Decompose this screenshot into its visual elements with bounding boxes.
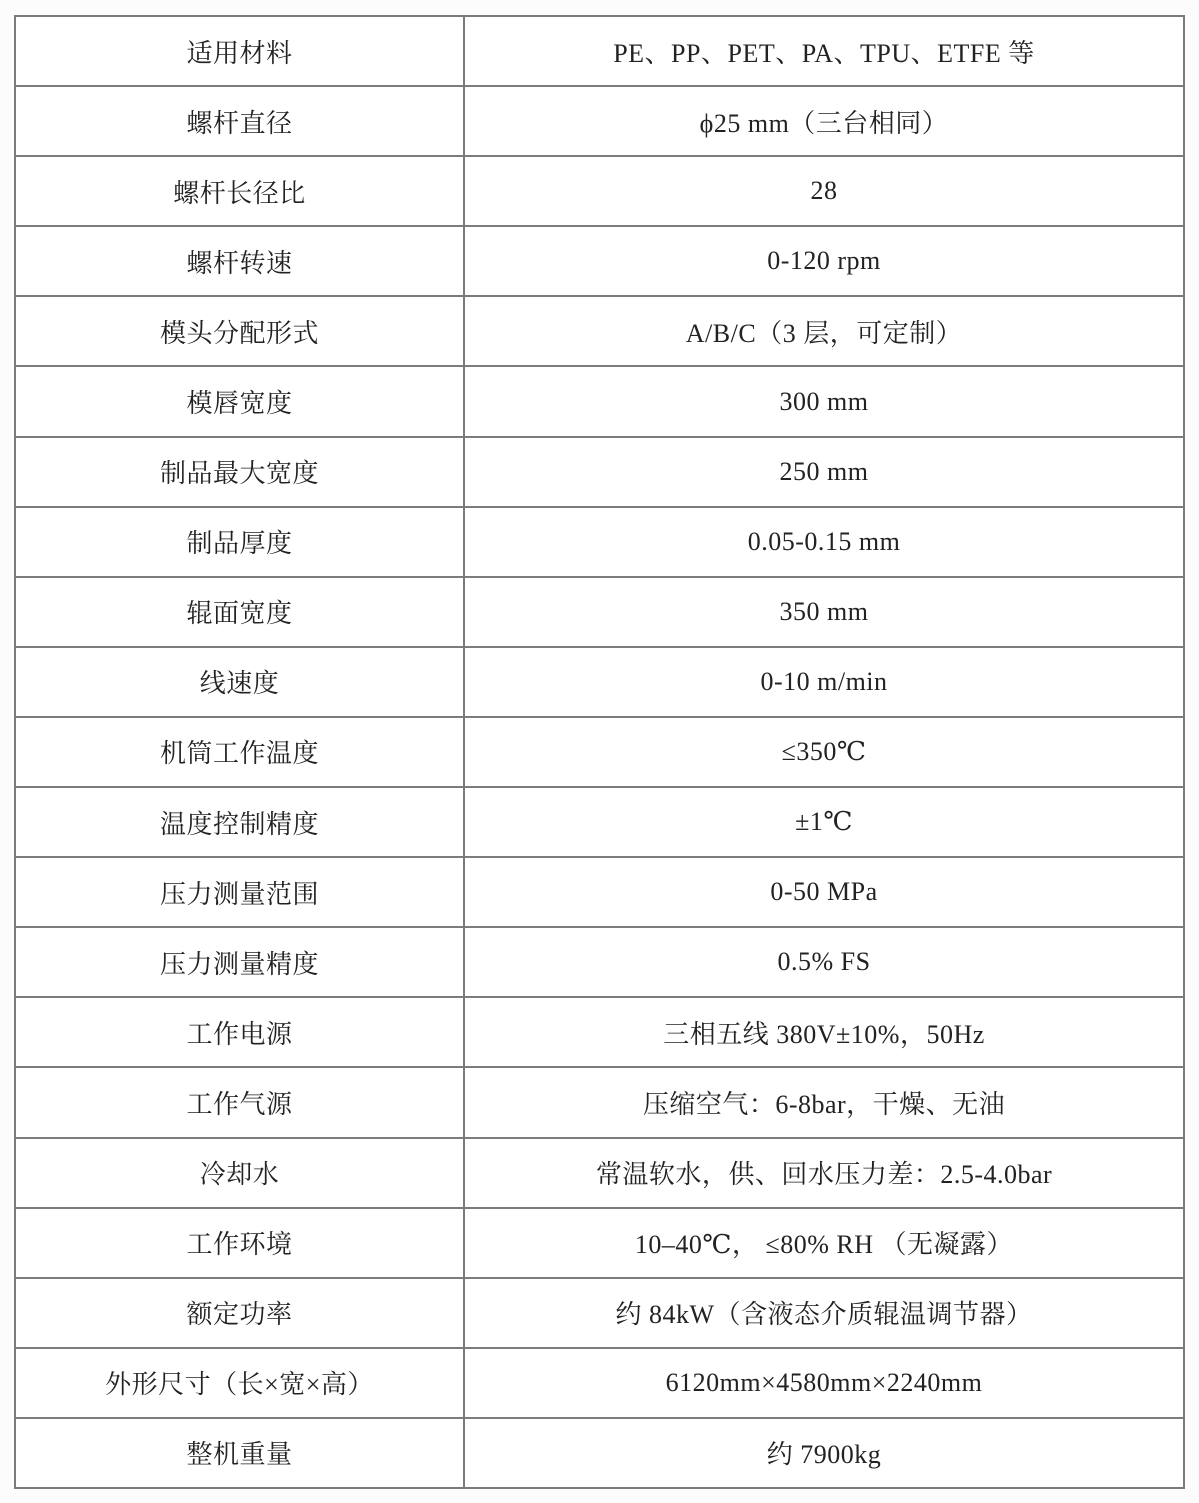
spec-label-cell: 辊面宽度 — [15, 577, 464, 647]
spec-label-cell: 外形尺寸（长×宽×高） — [15, 1348, 464, 1418]
spec-label-cell: 螺杆直径 — [15, 86, 464, 156]
table-row: 压力测量范围 0-50 MPa — [15, 857, 1184, 927]
spec-label-cell: 工作环境 — [15, 1208, 464, 1278]
spec-value-cell: 约 84kW（含液态介质辊温调节器） — [464, 1278, 1184, 1348]
table-row: 工作气源 压缩空气：6-8bar，干燥、无油 — [15, 1067, 1184, 1137]
table-row: 模唇宽度 300 mm — [15, 366, 1184, 436]
spec-value-cell: A/B/C（3 层，可定制） — [464, 296, 1184, 366]
spec-value-cell: PE、PP、PET、PA、TPU、ETFE 等 — [464, 16, 1184, 86]
spec-value-cell: 三相五线 380V±10%，50Hz — [464, 997, 1184, 1067]
spec-label-cell: 螺杆长径比 — [15, 156, 464, 226]
spec-label-cell: 压力测量精度 — [15, 927, 464, 997]
spec-table: 适用材料 PE、PP、PET、PA、TPU、ETFE 等 螺杆直径 ϕ25 mm… — [14, 15, 1185, 1489]
table-row: 额定功率 约 84kW（含液态介质辊温调节器） — [15, 1278, 1184, 1348]
table-row: 工作环境 10–40℃， ≤80% RH （无凝露） — [15, 1208, 1184, 1278]
spec-label-cell: 模头分配形式 — [15, 296, 464, 366]
spec-label-cell: 机筒工作温度 — [15, 717, 464, 787]
table-row: 螺杆转速 0-120 rpm — [15, 226, 1184, 296]
spec-value-cell: 250 mm — [464, 437, 1184, 507]
spec-label-cell: 工作电源 — [15, 997, 464, 1067]
spec-value-cell: 350 mm — [464, 577, 1184, 647]
table-row: 线速度 0-10 m/min — [15, 647, 1184, 717]
spec-table-body: 适用材料 PE、PP、PET、PA、TPU、ETFE 等 螺杆直径 ϕ25 mm… — [15, 16, 1184, 1488]
spec-value-cell: ϕ25 mm（三台相同） — [464, 86, 1184, 156]
spec-value-cell: 约 7900kg — [464, 1418, 1184, 1488]
spec-label-cell: 适用材料 — [15, 16, 464, 86]
spec-value-cell: 0.05-0.15 mm — [464, 507, 1184, 577]
spec-value-cell: 0.5% FS — [464, 927, 1184, 997]
spec-value-cell: 300 mm — [464, 366, 1184, 436]
spec-label-cell: 温度控制精度 — [15, 787, 464, 857]
table-row: 螺杆长径比 28 — [15, 156, 1184, 226]
spec-value-cell: 6120mm×4580mm×2240mm — [464, 1348, 1184, 1418]
table-row: 模头分配形式 A/B/C（3 层，可定制） — [15, 296, 1184, 366]
table-row: 整机重量 约 7900kg — [15, 1418, 1184, 1488]
spec-label-cell: 制品厚度 — [15, 507, 464, 577]
spec-value-cell: ±1℃ — [464, 787, 1184, 857]
spec-value-cell: 10–40℃， ≤80% RH （无凝露） — [464, 1208, 1184, 1278]
spec-label-cell: 制品最大宽度 — [15, 437, 464, 507]
table-row: 工作电源 三相五线 380V±10%，50Hz — [15, 997, 1184, 1067]
spec-label-cell: 压力测量范围 — [15, 857, 464, 927]
spec-value-cell: 常温软水，供、回水压力差：2.5-4.0bar — [464, 1138, 1184, 1208]
spec-label-cell: 模唇宽度 — [15, 366, 464, 436]
spec-value-cell: ≤350℃ — [464, 717, 1184, 787]
table-row: 螺杆直径 ϕ25 mm（三台相同） — [15, 86, 1184, 156]
table-row: 适用材料 PE、PP、PET、PA、TPU、ETFE 等 — [15, 16, 1184, 86]
table-row: 外形尺寸（长×宽×高） 6120mm×4580mm×2240mm — [15, 1348, 1184, 1418]
spec-value-cell: 0-50 MPa — [464, 857, 1184, 927]
table-row: 制品最大宽度 250 mm — [15, 437, 1184, 507]
spec-label-cell: 额定功率 — [15, 1278, 464, 1348]
spec-label-cell: 冷却水 — [15, 1138, 464, 1208]
table-row: 制品厚度 0.05-0.15 mm — [15, 507, 1184, 577]
spec-label-cell: 螺杆转速 — [15, 226, 464, 296]
table-row: 温度控制精度 ±1℃ — [15, 787, 1184, 857]
spec-value-cell: 0-10 m/min — [464, 647, 1184, 717]
table-row: 机筒工作温度 ≤350℃ — [15, 717, 1184, 787]
spec-label-cell: 工作气源 — [15, 1067, 464, 1137]
spec-value-cell: 0-120 rpm — [464, 226, 1184, 296]
table-row: 辊面宽度 350 mm — [15, 577, 1184, 647]
spec-value-cell: 28 — [464, 156, 1184, 226]
spec-label-cell: 整机重量 — [15, 1418, 464, 1488]
spec-value-cell: 压缩空气：6-8bar，干燥、无油 — [464, 1067, 1184, 1137]
table-row: 压力测量精度 0.5% FS — [15, 927, 1184, 997]
table-row: 冷却水 常温软水，供、回水压力差：2.5-4.0bar — [15, 1138, 1184, 1208]
spec-label-cell: 线速度 — [15, 647, 464, 717]
